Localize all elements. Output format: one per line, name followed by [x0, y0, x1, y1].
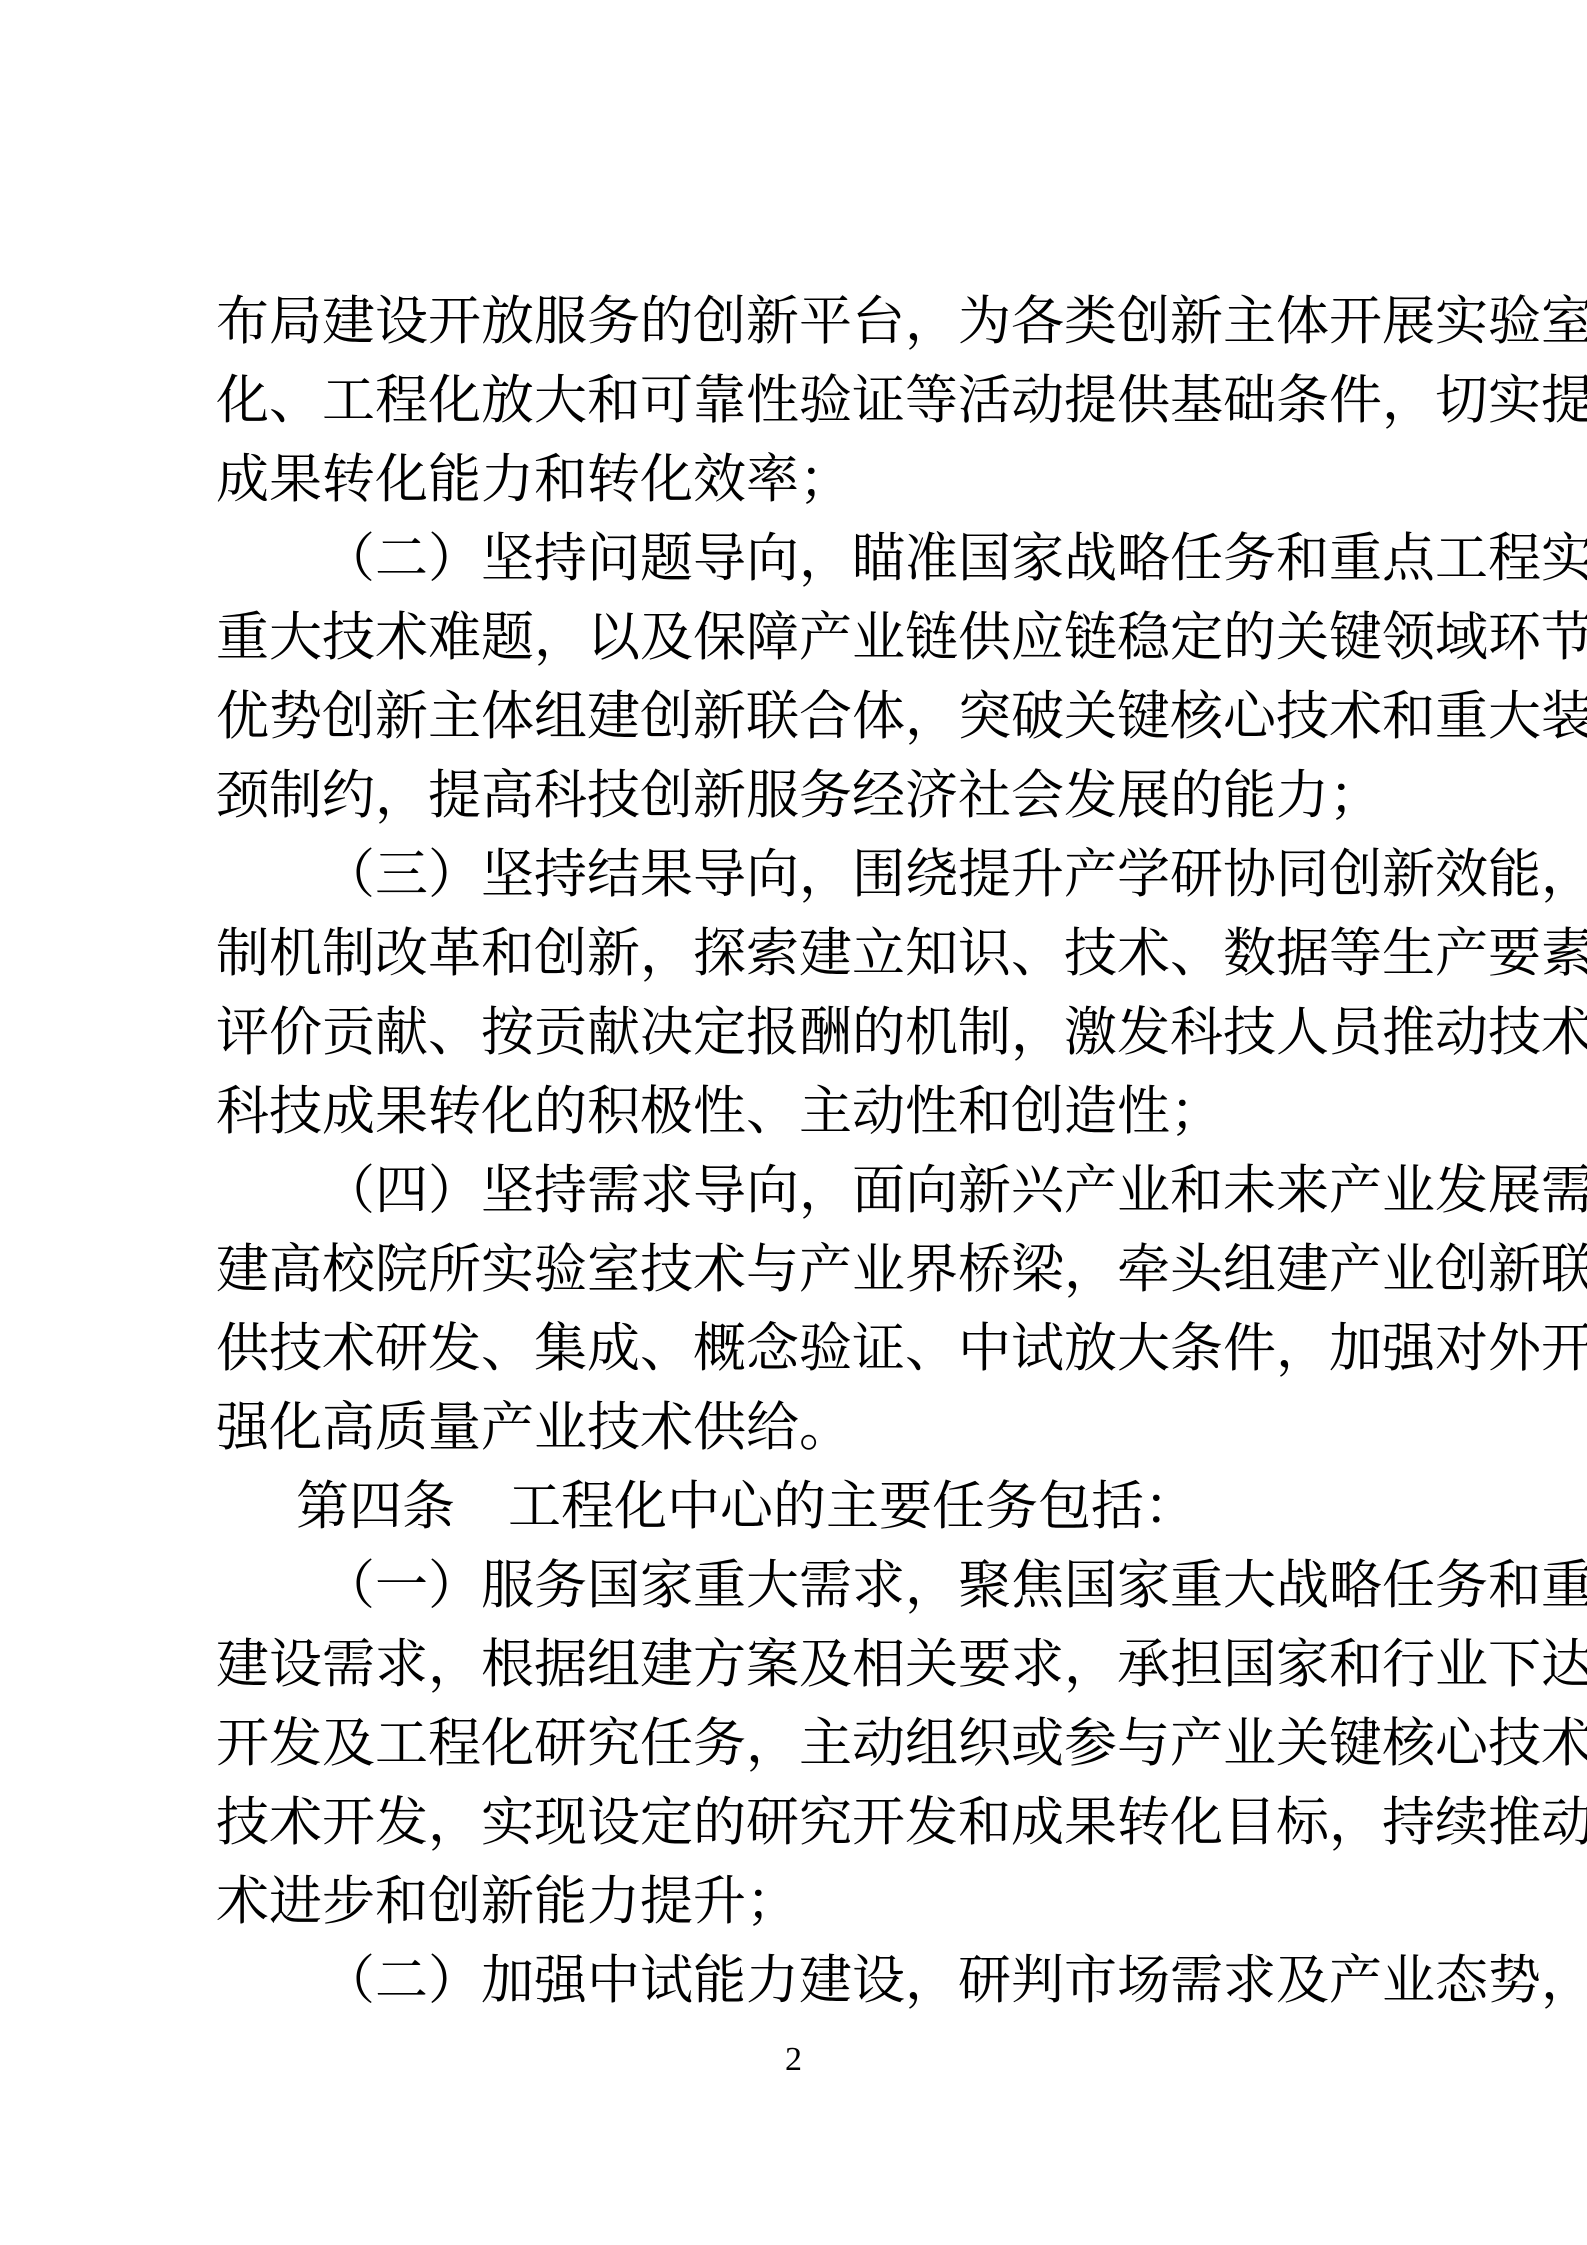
document-page: 布局建设开放服务的创新平台，为各类创新主体开展实验室技术熟 化、工程化放大和可靠… [0, 0, 1587, 2245]
paragraph-task-2: （二）加强中试能力建设，研判市场需求及产业态势，通过建 [216, 1941, 1384, 2020]
text-line: 开发及工程化研究任务，主动组织或参与产业关键核心技术、共性 [216, 1704, 1384, 1783]
text-line: 技术开发，实现设定的研究开发和成果转化目标，持续推动产业技 [216, 1783, 1384, 1862]
text-line: 供技术研发、集成、概念验证、中试放大条件，加强对外开放服务， [216, 1309, 1384, 1388]
text-line: 重大技术难题，以及保障产业链供应链稳定的关键领域环节，引导 [216, 598, 1384, 677]
article-heading-4: 第四条 工程化中心的主要任务包括： [216, 1467, 1384, 1546]
text-line: 制机制改革和创新，探索建立知识、技术、数据等生产要素由市场 [216, 914, 1384, 993]
paragraph-item-4: （四）坚持需求导向，面向新兴产业和未来产业发展需求，搭 建高校院所实验室技术与产… [216, 1151, 1384, 1467]
text-line: 评价贡献、按贡献决定报酬的机制，激发科技人员推动技术创新和 [216, 993, 1384, 1072]
text-line: 成果转化能力和转化效率； [216, 440, 1384, 519]
page-number: 2 [0, 2040, 1587, 2080]
text-line: 科技成果转化的积极性、主动性和创造性； [216, 1072, 1384, 1151]
paragraph-item-3: （三）坚持结果导向，围绕提升产学研协同创新效能，深化体 制机制改革和创新，探索建… [216, 835, 1384, 1151]
text-line: 颈制约，提高科技创新服务经济社会发展的能力； [216, 756, 1384, 835]
text-line: （四）坚持需求导向，面向新兴产业和未来产业发展需求，搭 [216, 1151, 1384, 1230]
text-line: （一）服务国家重大需求，聚焦国家重大战略任务和重点工程 [216, 1546, 1384, 1625]
text-line: 化、工程化放大和可靠性验证等活动提供基础条件，切实提高科技 [216, 361, 1384, 440]
paragraph-item-2: （二）坚持问题导向，瞄准国家战略任务和重点工程实施中的 重大技术难题，以及保障产… [216, 519, 1384, 835]
document-body: 布局建设开放服务的创新平台，为各类创新主体开展实验室技术熟 化、工程化放大和可靠… [216, 282, 1384, 2020]
text-line: 强化高质量产业技术供给。 [216, 1388, 1384, 1467]
article-title: 第四条 工程化中心的主要任务包括： [216, 1467, 1384, 1546]
paragraph-continuation: 布局建设开放服务的创新平台，为各类创新主体开展实验室技术熟 化、工程化放大和可靠… [216, 282, 1384, 519]
text-line: （二）坚持问题导向，瞄准国家战略任务和重点工程实施中的 [216, 519, 1384, 598]
text-line: （二）加强中试能力建设，研判市场需求及产业态势，通过建 [216, 1941, 1384, 2020]
text-line: 建高校院所实验室技术与产业界桥梁，牵头组建产业创新联盟，提 [216, 1230, 1384, 1309]
text-line: 优势创新主体组建创新联合体，突破关键核心技术和重大装备等瓶 [216, 677, 1384, 756]
paragraph-task-1: （一）服务国家重大需求，聚焦国家重大战略任务和重点工程 建设需求，根据组建方案及… [216, 1546, 1384, 1941]
text-line: （三）坚持结果导向，围绕提升产学研协同创新效能，深化体 [216, 835, 1384, 914]
text-line: 术进步和创新能力提升； [216, 1862, 1384, 1941]
text-line: 建设需求，根据组建方案及相关要求，承担国家和行业下达的科技 [216, 1625, 1384, 1704]
text-line: 布局建设开放服务的创新平台，为各类创新主体开展实验室技术熟 [216, 282, 1384, 361]
